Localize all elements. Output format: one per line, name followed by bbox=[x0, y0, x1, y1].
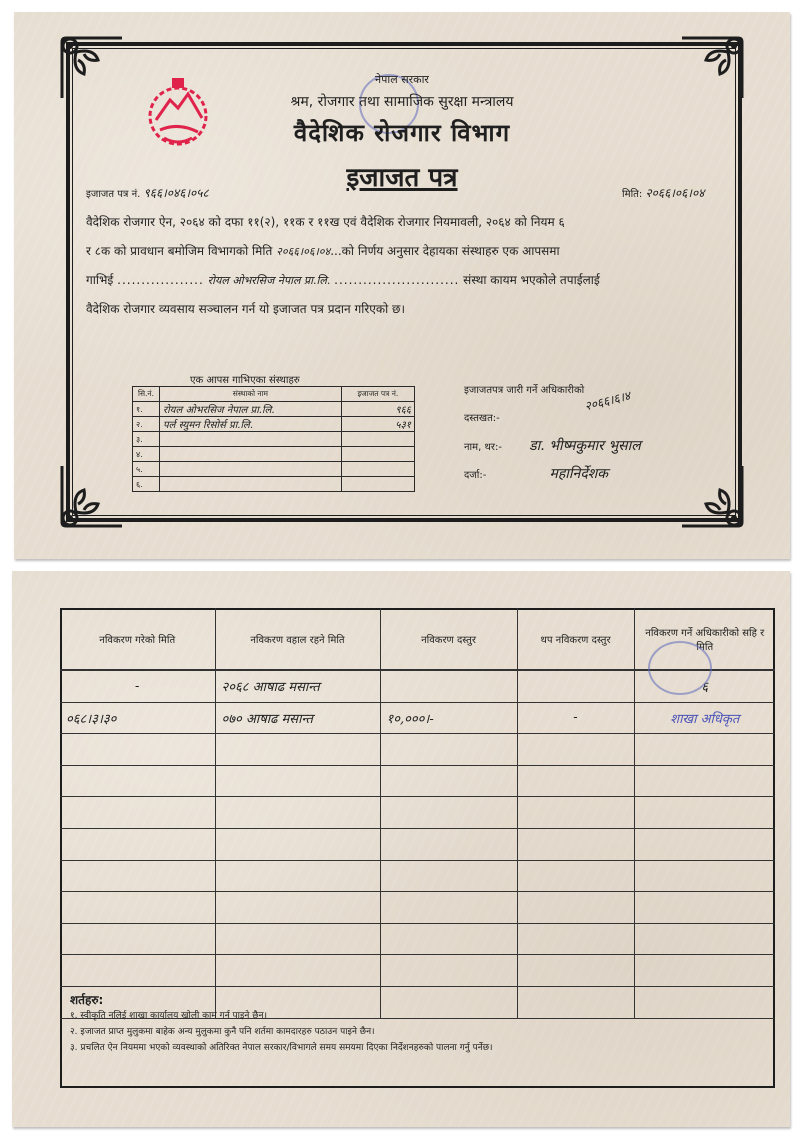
serial-cell: ४. bbox=[133, 447, 160, 462]
permit-front-page: नेपाल सरकार श्रम, रोजगार तथा सामाजिक सुर… bbox=[14, 12, 790, 559]
department-name: वैदेशिक रोजगार विभाग bbox=[14, 116, 790, 149]
table-row: ६. bbox=[133, 477, 415, 492]
company-cell bbox=[160, 432, 342, 447]
company-cell bbox=[160, 447, 342, 462]
renewal-stamp bbox=[648, 641, 712, 695]
table-row bbox=[60, 955, 775, 987]
serial-cell: ६. bbox=[133, 477, 160, 492]
column-header: नविकरण गरेको मिति bbox=[60, 608, 215, 670]
permit-cell bbox=[341, 477, 414, 492]
permit-number: इजाजत पत्र नं. ९६६।०४६।०५८ bbox=[86, 184, 209, 201]
cell bbox=[634, 923, 775, 955]
cell bbox=[60, 860, 215, 892]
cell bbox=[380, 670, 517, 702]
permit-cell bbox=[341, 432, 414, 447]
ministry-name: श्रम, रोजगार तथा सामाजिक सुरक्षा मन्त्रा… bbox=[14, 92, 790, 111]
permit-paragraph-line4: वैदेशिक रोजगार व्यवसाय सञ्चालन गर्न यो इ… bbox=[86, 295, 736, 324]
text-segment: संस्था कायम भएकोले तपाईलाई bbox=[463, 273, 600, 287]
government-name: नेपाल सरकार bbox=[14, 72, 790, 87]
table-row bbox=[60, 860, 775, 892]
cell: - bbox=[60, 670, 215, 702]
cell bbox=[517, 923, 634, 955]
serial-cell: १. bbox=[133, 402, 160, 417]
cell bbox=[215, 765, 380, 797]
corner-ornament-icon bbox=[680, 464, 750, 534]
cell bbox=[380, 734, 517, 766]
column-header: नविकरण दस्तुर bbox=[380, 608, 517, 670]
permit-paragraph-line1: वैदेशिक रोजगार ऐन, २०६४ को दफा ११(२), ११… bbox=[86, 208, 736, 237]
table-row: ३. bbox=[133, 432, 415, 447]
cell bbox=[380, 860, 517, 892]
permit-cell: ९६६ bbox=[341, 402, 414, 417]
table-row: १.रोयल ओभरसिज नेपाल प्रा.लि.९६६ bbox=[133, 402, 415, 417]
cell bbox=[517, 765, 634, 797]
cell bbox=[60, 734, 215, 766]
company-name: रोयल ओभरसिज नेपाल प्रा.लि. bbox=[208, 274, 331, 287]
cell bbox=[60, 955, 215, 987]
conditions-section: शर्तहरु: १. स्वीकृति नलिई शाखा कार्यालय … bbox=[70, 992, 770, 1056]
permit-cell: ५३१ bbox=[341, 417, 414, 432]
fill-dots: .................. bbox=[117, 273, 204, 287]
cell bbox=[380, 797, 517, 829]
table-row: २.पर्ल स्युमन रिसोर्स प्रा.लि.५३१ bbox=[133, 417, 415, 432]
cell bbox=[634, 828, 775, 860]
cell: २०६८ आषाढ मसान्त bbox=[215, 670, 380, 702]
cell bbox=[215, 797, 380, 829]
cell bbox=[60, 765, 215, 797]
company-cell bbox=[160, 462, 342, 477]
authority-name: नाम, थर:- डा. भीष्मकुमार भुसाल bbox=[464, 436, 641, 455]
cell bbox=[380, 955, 517, 987]
name-value: डा. भीष्मकुमार भुसाल bbox=[529, 438, 641, 454]
cell bbox=[517, 734, 634, 766]
cell bbox=[634, 765, 775, 797]
cell bbox=[215, 860, 380, 892]
cell: - bbox=[517, 702, 634, 734]
cell bbox=[517, 860, 634, 892]
conditions-heading: शर्तहरु: bbox=[70, 992, 770, 1008]
company-cell bbox=[160, 477, 342, 492]
authority-rank: दर्जा:- महानिर्देशक bbox=[464, 464, 608, 483]
column-header: इजाजत पत्र नं. bbox=[341, 387, 414, 402]
table-row: ०६८।३।३००७० आषाढ मसान्त१०,०००।--शाखा अधि… bbox=[60, 702, 775, 734]
text-segment: गाभिई bbox=[86, 273, 113, 287]
company-cell: रोयल ओभरसिज नेपाल प्रा.लि. bbox=[160, 402, 342, 417]
cell: ०७० आषाढ मसान्त bbox=[215, 702, 380, 734]
cell bbox=[517, 797, 634, 829]
cell bbox=[215, 923, 380, 955]
cell bbox=[215, 828, 380, 860]
column-header: सि.नं. bbox=[133, 387, 160, 402]
table-row bbox=[60, 765, 775, 797]
permit-back-page: नविकरण गरेको मिति नविकरण वहाल रहने मिति … bbox=[12, 571, 790, 1127]
column-header: संस्थाको नाम bbox=[160, 387, 342, 402]
condition-item: २. इजाजत प्राप्त मुलुकमा बाहेक अन्य मुलु… bbox=[70, 1024, 770, 1040]
cell bbox=[60, 828, 215, 860]
merged-companies-table: सि.नं. संस्थाको नाम इजाजत पत्र नं. १.रोय… bbox=[132, 386, 415, 492]
permit-cell bbox=[341, 447, 414, 462]
permit-paragraph-line3: गाभिई .................. रोयल ओभरसिज नेप… bbox=[86, 266, 736, 295]
cell: ०६८।३।३० bbox=[60, 702, 215, 734]
table-row bbox=[60, 797, 775, 829]
serial-cell: २. bbox=[133, 417, 160, 432]
cell bbox=[634, 892, 775, 924]
cell bbox=[215, 892, 380, 924]
cell bbox=[380, 828, 517, 860]
condition-item: ३. प्रचलित ऐन नियममा भएको व्यवस्थाको अति… bbox=[70, 1040, 770, 1056]
cell bbox=[60, 797, 215, 829]
issue-date-label: मिति: bbox=[622, 189, 642, 200]
cell bbox=[517, 892, 634, 924]
table-row bbox=[60, 923, 775, 955]
rank-label: दर्जा:- bbox=[464, 470, 486, 481]
cell bbox=[380, 892, 517, 924]
permit-paragraph-line2: र ८क को प्रावधान बमोजिम विभागको मिति २०६… bbox=[86, 237, 736, 266]
decision-date: २०६६।०६।०४ bbox=[276, 245, 330, 258]
cell bbox=[60, 892, 215, 924]
table-header-row: सि.नं. संस्थाको नाम इजाजत पत्र नं. bbox=[133, 387, 415, 402]
cell bbox=[380, 765, 517, 797]
company-cell: पर्ल स्युमन रिसोर्स प्रा.लि. bbox=[160, 417, 342, 432]
permit-cell bbox=[341, 462, 414, 477]
cell: १०,०००।- bbox=[380, 702, 517, 734]
cell bbox=[517, 955, 634, 987]
merged-companies-title: एक आपस गाभिएका संस्थाहरु bbox=[190, 372, 300, 386]
serial-cell: ५. bbox=[133, 462, 160, 477]
cell bbox=[517, 828, 634, 860]
cell bbox=[215, 734, 380, 766]
table-row bbox=[60, 892, 775, 924]
cell bbox=[634, 734, 775, 766]
name-label: नाम, थर:- bbox=[464, 442, 502, 453]
column-header: नविकरण वहाल रहने मिति bbox=[215, 608, 380, 670]
cell bbox=[215, 955, 380, 987]
officer-stamp: शाखा अधिकृत bbox=[634, 702, 775, 734]
rank-value: महानिर्देशक bbox=[550, 466, 609, 482]
cell bbox=[634, 955, 775, 987]
cell bbox=[517, 670, 634, 702]
cell bbox=[634, 860, 775, 892]
table-row: ४. bbox=[133, 447, 415, 462]
permit-number-label: इजाजत पत्र नं. bbox=[86, 189, 140, 200]
corner-ornament-icon bbox=[680, 30, 750, 100]
table-row: ५. bbox=[133, 462, 415, 477]
issue-date: मिति: २०६६।०६।०४ bbox=[622, 184, 704, 201]
cell bbox=[634, 797, 775, 829]
text-segment: ...को निर्णय अनुसार देहायका संस्थाहरु एक… bbox=[330, 244, 559, 258]
corner-ornament-icon bbox=[54, 30, 124, 100]
authority-heading: इजाजतपत्र जारी गर्ने अधिकारीको bbox=[464, 382, 584, 396]
serial-cell: ३. bbox=[133, 432, 160, 447]
permit-number-value: ९६६।०४६।०५८ bbox=[144, 186, 209, 200]
cell bbox=[380, 923, 517, 955]
table-row bbox=[60, 734, 775, 766]
table-row bbox=[60, 828, 775, 860]
signature-label: दस्तखत:- bbox=[464, 410, 500, 424]
issue-date-value: २०६६।०६।०४ bbox=[645, 186, 704, 200]
condition-item: १. स्वीकृति नलिई शाखा कार्यालय खोली काम … bbox=[70, 1008, 770, 1024]
text-segment: र ८क को प्रावधान बमोजिम विभागको मिति bbox=[86, 244, 272, 258]
cell bbox=[60, 923, 215, 955]
corner-ornament-icon bbox=[54, 464, 124, 534]
fill-dots: .......................... bbox=[334, 273, 459, 287]
column-header: थप नविकरण दस्तुर bbox=[517, 608, 634, 670]
